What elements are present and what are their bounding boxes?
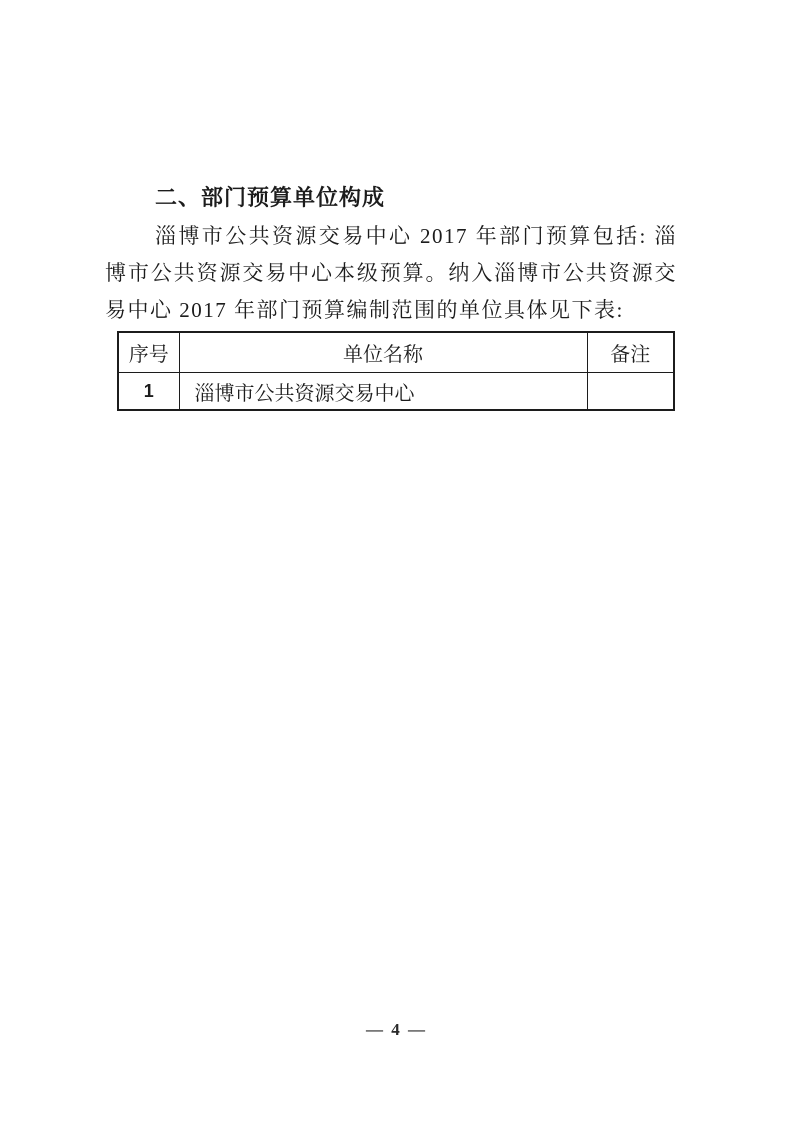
table-header-row: 序号 单位名称 备注 [118, 332, 674, 373]
body-paragraph: 淄博市公共资源交易中心 2017 年部门预算包括: 淄博市公共资源交易中心本级预… [105, 218, 677, 329]
budget-units-table: 序号 单位名称 备注 1 淄博市公共资源交易中心 [117, 331, 675, 411]
table-row: 1 淄博市公共资源交易中心 [118, 373, 674, 411]
cell-seq: 1 [118, 373, 179, 411]
section-heading: 二、部门预算单位构成 [155, 181, 385, 212]
cell-note [587, 373, 674, 411]
header-cell-seq: 序号 [118, 332, 179, 373]
seq-value: 1 [144, 381, 154, 401]
header-cell-note: 备注 [587, 332, 674, 373]
cell-unit-name: 淄博市公共资源交易中心 [179, 373, 587, 411]
page-number: — 4 — [0, 1020, 793, 1040]
header-cell-unit-name: 单位名称 [179, 332, 587, 373]
document-page: 二、部门预算单位构成 淄博市公共资源交易中心 2017 年部门预算包括: 淄博市… [0, 0, 793, 1122]
